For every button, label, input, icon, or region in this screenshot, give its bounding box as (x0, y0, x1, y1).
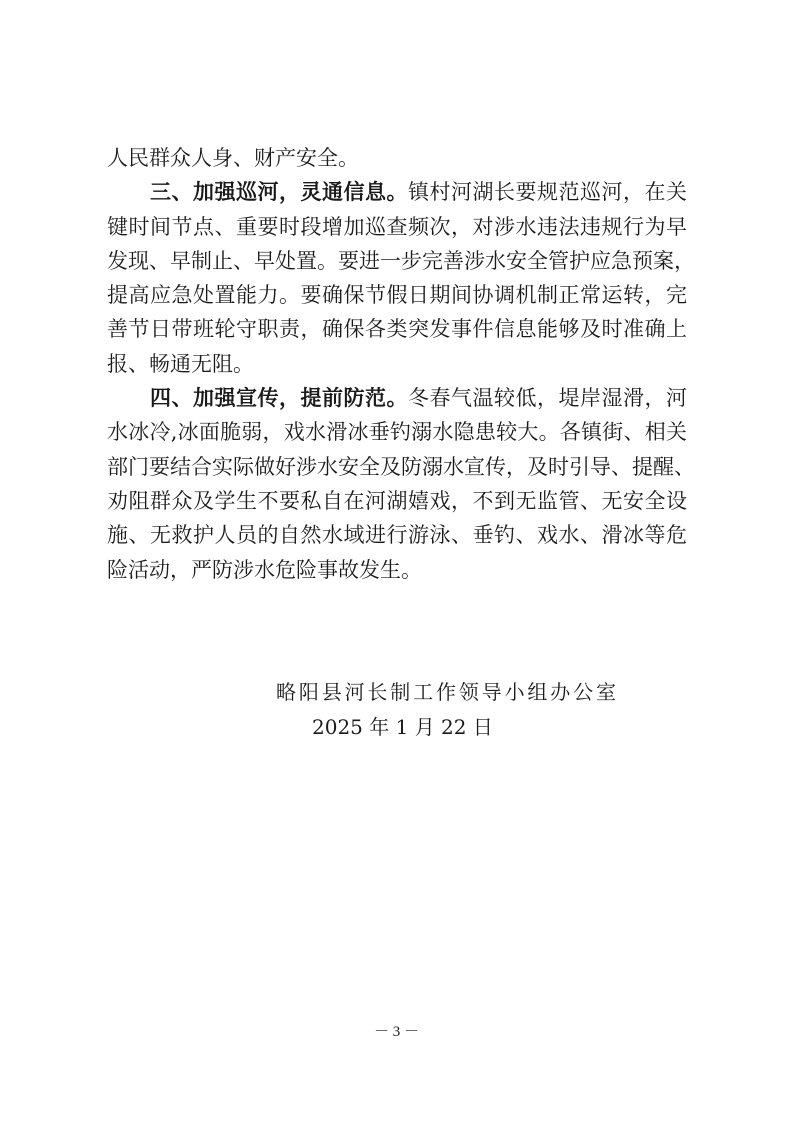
section-3-line: 提高应急处置能力。要确保节假日期间协调机制正常运转，完 (107, 278, 687, 312)
section-4-heading: 四、加强宣传，提前防范。 (150, 386, 408, 410)
section-4-first-line: 四、加强宣传，提前防范。冬春气温较低，堤岸湿滑，河 (107, 381, 687, 415)
section-3-line: 报、畅通无阻。 (107, 347, 687, 381)
section-3-text: 镇村河湖长要规范巡河，在关 (408, 180, 687, 204)
signature-organization: 略阳县河长制工作领导小组办公室 (276, 676, 616, 705)
body-text: 人民群众人身、财产安全。 三、加强巡河，灵通信息。镇村河湖长要规范巡河，在关 键… (107, 141, 687, 587)
section-4-line: 施、无救护人员的自然水域进行游泳、垂钓、戏水、滑冰等危 (107, 518, 687, 552)
section-4-text: 冬春气温较低，堤岸湿滑，河 (408, 386, 687, 410)
page-number: － 3 － (0, 1020, 793, 1041)
section-3-line: 键时间节点、重要时段增加巡查频次，对涉水违法违规行为早 (107, 210, 687, 244)
section-4-line: 部门要结合实际做好涉水安全及防溺水宣传，及时引导、提醒、 (107, 450, 687, 484)
section-4-line: 险活动，严防涉水危险事故发生。 (107, 553, 687, 587)
section-3-line: 善节日带班轮守职责，确保各类突发事件信息能够及时准确上 (107, 312, 687, 346)
signature-date: 2025 年 1 月 22 日 (312, 711, 572, 740)
section-4-line: 劝阻群众及学生不要私自在河湖嬉戏，不到无监管、无安全设 (107, 484, 687, 518)
section-3-line: 发现、早制止、早处置。要进一步完善涉水安全管护应急预案， (107, 244, 687, 278)
section-3-heading: 三、加强巡河，灵通信息。 (150, 180, 408, 204)
continuation-line: 人民群众人身、财产安全。 (107, 141, 687, 175)
section-4-line: 水冰冷,冰面脆弱，戏水滑冰垂钓溺水隐患较大。各镇街、相关 (107, 415, 687, 449)
section-3-first-line: 三、加强巡河，灵通信息。镇村河湖长要规范巡河，在关 (107, 175, 687, 209)
document-page: 人民群众人身、财产安全。 三、加强巡河，灵通信息。镇村河湖长要规范巡河，在关 键… (0, 0, 793, 1122)
